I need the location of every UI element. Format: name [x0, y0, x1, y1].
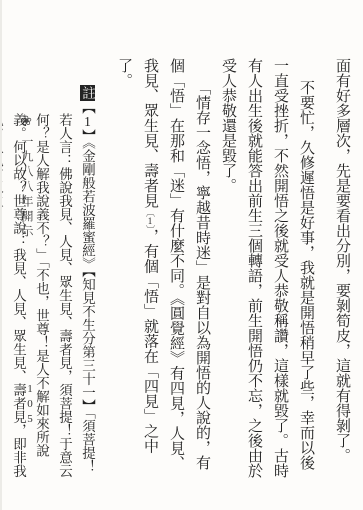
footnote-label-boxed: 註	[80, 85, 95, 101]
footnote-text: 《金剛般若波羅蜜經》【知見不生分第三十一】「須菩提！若人言：佛說我見、人見、眾生…	[0, 113, 95, 478]
footnote-number: 【1】	[80, 101, 95, 143]
text-block: 面有好多層次，先是要看出分別，要剝筍皮，這就有得剝了。 不要忙，久修遲悟是好事，…	[0, 58, 355, 482]
paragraph-1: 面有好多層次，先是要看出分別，要剝筍皮，這就有得剝了。	[329, 58, 355, 482]
paragraph-3: 「情存一念悟，寧越昔時迷」是對自以為開悟的人說的，有個「悟」在那和「迷」有什麼不…	[111, 58, 215, 482]
paragraph-2: 不要忙，久修遲悟是好事，我就是開悟稍早了些，幸而以後一直受挫折，不然開悟之後就受…	[215, 58, 319, 482]
book-page: ❀一九八八年開示 105 面有好多層次，先是要看出分別，要剝筍皮，這就有得剝了。…	[0, 0, 363, 510]
footnote-block: 註【1】《金剛般若波羅蜜經》【知見不生分第三十一】「須菩提！若人言：佛說我見、人…	[0, 58, 99, 482]
footnote-reference-marker: 〔1〕	[145, 208, 155, 229]
